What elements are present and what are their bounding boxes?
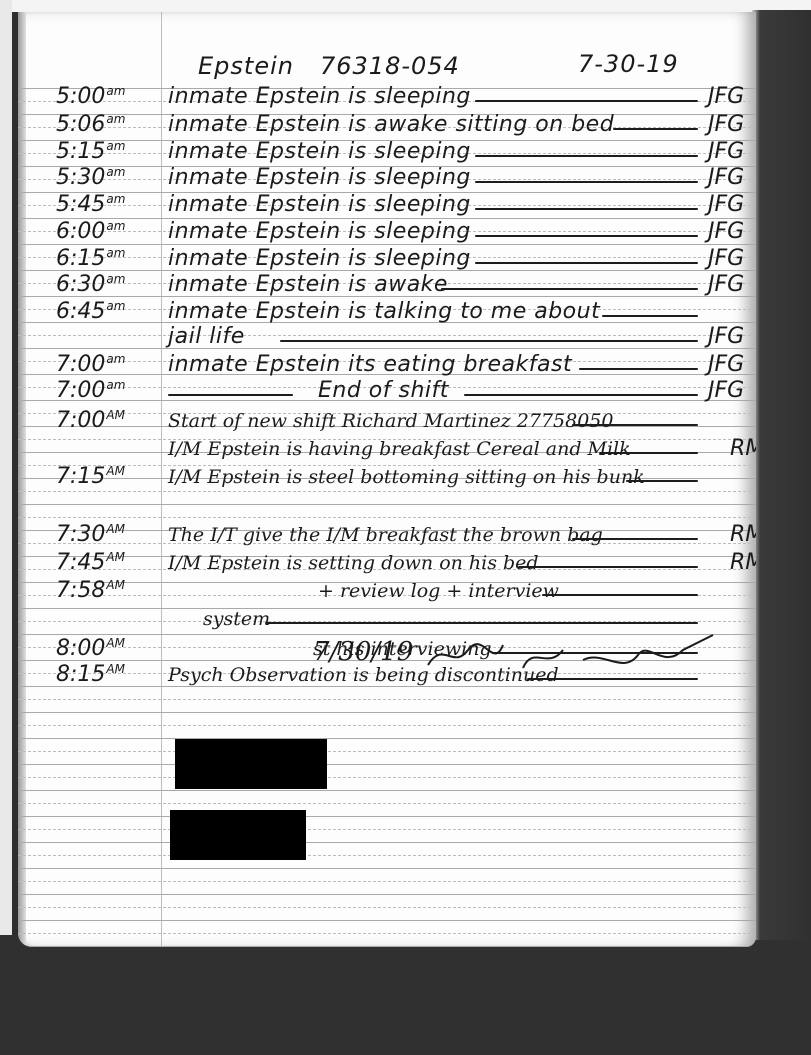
ruled-line (18, 712, 756, 713)
ruled-line (18, 244, 756, 245)
ruled-midline (18, 725, 756, 726)
ruled-line (18, 894, 756, 895)
entry-initials: JFG (708, 324, 744, 349)
entry-time: 6:15am (56, 246, 125, 271)
ruled-midline (18, 803, 756, 804)
ruled-line (18, 738, 756, 739)
redaction-box (170, 810, 306, 860)
entry-text: inmate Epstein is sleeping (168, 246, 471, 271)
entry-initials: JFG (708, 378, 744, 403)
ruled-midline (18, 751, 756, 752)
signature-date: 7/30/19 (313, 637, 413, 667)
entry-text: I/M Epstein is setting down on his bed (168, 552, 539, 574)
ruled-line (18, 686, 756, 687)
entry-initials: JFG (708, 219, 744, 244)
entry-text: I/M Epstein is steel bottoming sitting o… (168, 466, 645, 488)
ruled-line (18, 920, 756, 921)
ruled-line (18, 816, 756, 817)
entry-dash-line (475, 155, 698, 157)
ruled-line (18, 608, 756, 609)
entry-text: inmate Epstein is sleeping (168, 219, 471, 244)
ruled-line (18, 790, 756, 791)
ruled-line (18, 764, 756, 765)
entry-time: 7:15AM (56, 464, 125, 489)
ruled-midline (18, 335, 756, 336)
entry-initials: JFG (708, 165, 744, 190)
entry-dash-line (475, 181, 698, 183)
entry-initials: JFG (708, 192, 744, 217)
ruled-midline (18, 829, 756, 830)
entry-time: 7:00am (56, 352, 125, 377)
entry-time: 7:58AM (56, 578, 125, 603)
entry-initials: RM (730, 550, 756, 575)
entry-dash-line (280, 340, 699, 342)
entry-time: 7:30AM (56, 522, 125, 547)
entry-dash-line (475, 100, 698, 102)
entry-text: inmate Epstein is sleeping (168, 84, 471, 109)
entry-dash-line (599, 452, 698, 454)
entry-initials: RM (730, 436, 756, 461)
entry-text: End of shift (318, 378, 449, 403)
entry-text: Start of new shift Richard Martinez 2775… (168, 410, 614, 432)
entry-initials: JFG (708, 84, 744, 109)
ruled-midline (18, 491, 756, 492)
entry-text: inmate Epstein is sleeping (168, 165, 471, 190)
header-inmate-name: Epstein (198, 52, 294, 80)
entry-time: 6:45am (56, 299, 125, 324)
scan-border-left (0, 0, 12, 940)
entry-time: 6:30am (56, 272, 125, 297)
ruled-midline (18, 777, 756, 778)
entry-initials: RM (730, 522, 756, 547)
entry-initials: JFG (708, 352, 744, 377)
ruled-line (18, 868, 756, 869)
entry-text: jail life (168, 324, 245, 349)
entry-dash-line (441, 288, 699, 290)
entry-time: 5:15am (56, 139, 125, 164)
ruled-midline (18, 907, 756, 908)
entry-text: inmate Epstein its eating breakfast (168, 352, 572, 377)
entry-text: system (203, 608, 270, 630)
notebook-page: Epstein 76318-054 7-30-19 5:00aminmate E… (18, 12, 756, 947)
entry-dash-line (475, 262, 698, 264)
entry-dash-line (542, 594, 698, 596)
ruled-midline (18, 517, 756, 518)
entry-time: 6:00am (56, 219, 125, 244)
entry-dash-line (626, 480, 698, 482)
entry-initials: JFG (708, 139, 744, 164)
entry-text: inmate Epstein is awake sitting on bed (168, 112, 614, 137)
scanner-background (0, 935, 811, 1055)
scanner-edge-shadow (752, 10, 811, 940)
entry-dash-line (518, 566, 698, 568)
ruled-midline (18, 881, 756, 882)
entry-dash-line (168, 394, 293, 396)
handwritten-signature (423, 630, 753, 680)
entry-dash-line (572, 538, 698, 540)
entry-dash-line (613, 128, 698, 130)
entry-time: 7:00am (56, 378, 125, 403)
entry-text: inmate Epstein is talking to me about (168, 299, 600, 324)
entry-time: 5:30am (56, 165, 125, 190)
entry-text: The I/T give the I/M breakfast the brown… (168, 524, 603, 546)
ruled-line (18, 842, 756, 843)
entry-dash-line (265, 622, 698, 624)
entry-text: I/M Epstein is having breakfast Cereal a… (168, 438, 631, 460)
ruled-midline (18, 933, 756, 934)
entry-text: inmate Epstein is awake (168, 272, 448, 297)
entry-initials: JFG (708, 112, 744, 137)
redaction-box (175, 739, 327, 789)
entry-dash-line (464, 394, 698, 396)
header-register-number: 76318-054 (320, 52, 460, 80)
entry-initials: JFG (708, 246, 744, 271)
entry-text: inmate Epstein is sleeping (168, 139, 471, 164)
entry-dash-line (475, 208, 698, 210)
entry-time: 7:45AM (56, 550, 125, 575)
ruled-midline (18, 855, 756, 856)
entry-time: 7:00AM (56, 408, 125, 433)
entry-time: 5:45am (56, 192, 125, 217)
entry-time: 8:15AM (56, 662, 125, 687)
ruled-midline (18, 699, 756, 700)
ruled-line (18, 348, 756, 349)
entry-dash-line (602, 315, 699, 317)
entry-text: inmate Epstein is sleeping (168, 192, 471, 217)
entry-dash-line (572, 424, 698, 426)
ruled-line (18, 946, 756, 947)
entry-dash-line (579, 368, 699, 370)
ruled-line (18, 504, 756, 505)
header-date: 7-30-19 (578, 50, 679, 78)
entry-time: 5:06am (56, 112, 125, 137)
entry-text: + review log + interview (318, 580, 559, 602)
scan-border-top (0, 0, 811, 12)
entry-dash-line (475, 235, 698, 237)
entry-time: 5:00am (56, 84, 125, 109)
entry-time: 8:00AM (56, 636, 125, 661)
entry-initials: JFG (708, 272, 744, 297)
